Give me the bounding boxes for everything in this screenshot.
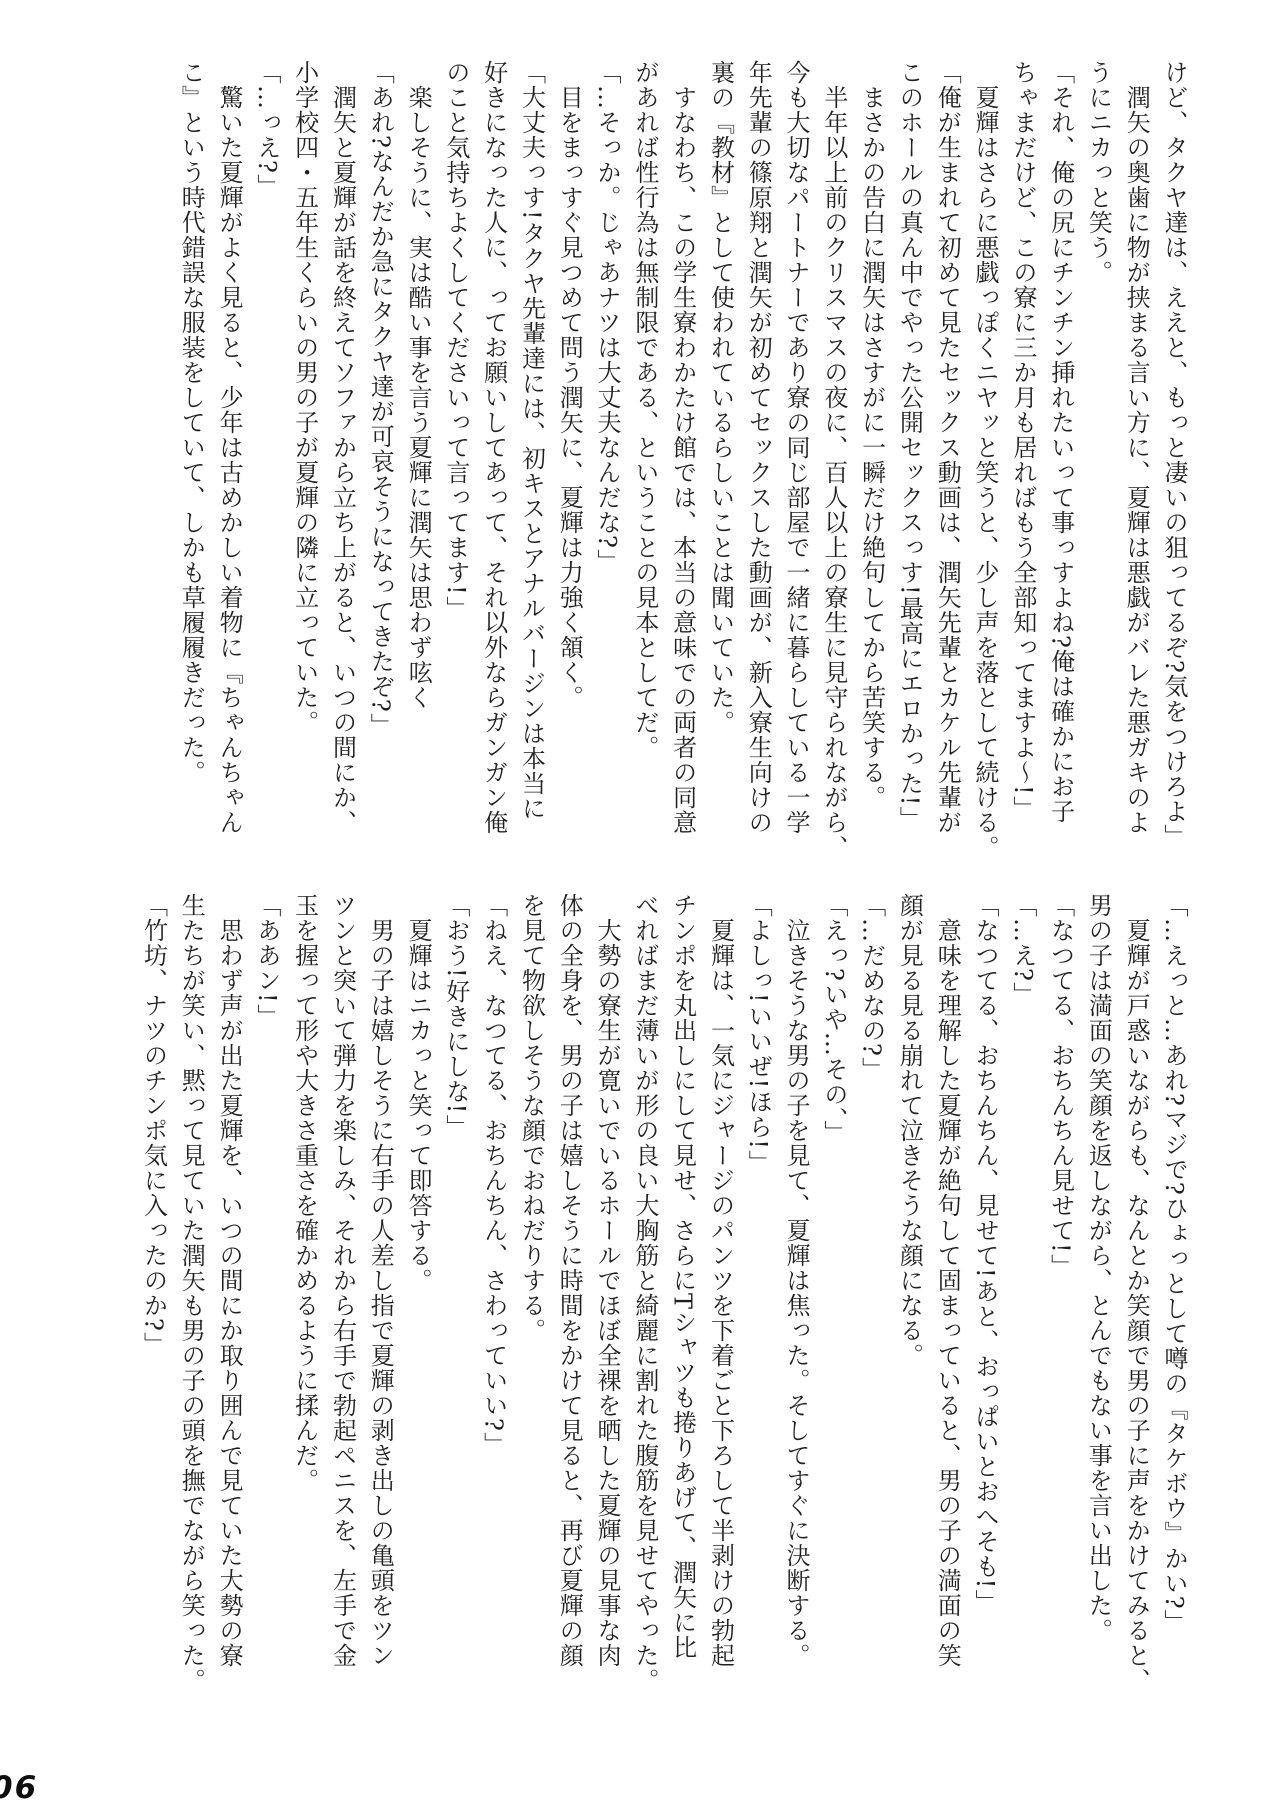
text-column: 「あれ?なんだか急にタクヤ達が可哀そうになってきたぞ?」 [360, 60, 398, 846]
vertical-text-block-top: けど、タクヤ達は、ええと、もっと凄いの狙ってるぞ?気をつけろよ」 潤矢の奥歯に物… [171, 60, 1192, 846]
text-column: 「ねえ、なつてる、おちんちん、さわっていい?」 [474, 893, 512, 1679]
text-column: こ』という時代錯誤な服装をしていて、しかも草履履きだった。 [171, 60, 209, 846]
text-column: 「俺が生まれて初めて見たセックス動画は、潤矢先輩とカケル先輩が [927, 60, 965, 846]
text-column: 年先輩の篠原翔と潤矢が初めてセックスした動画が、新入寮生向けの [738, 60, 776, 846]
text-column: 今も大切なパートナーであり寮の同じ部屋で一緒に暮らしている一学 [776, 60, 814, 846]
text-column: うにニカっと笑う。 [1079, 60, 1117, 846]
text-column: 「…そっか。じゃあナツは大丈夫なんだな?」 [587, 60, 625, 846]
text-column: 潤矢の奥歯に物が挟まる言い方に、夏輝は悪戯がバレた悪ガキのよ [1116, 60, 1154, 846]
text-column: 玉を握って形や大きさ重さを確かめるように揉んだ。 [285, 893, 323, 1679]
text-column: 生たちが笑い、黙って見ていた潤矢も男の子の頭を撫でながら笑った。 [171, 893, 209, 1679]
text-column: 男の子は嬉しそうに右手の人差し指で夏輝の剥き出しの亀頭をツン [360, 893, 398, 1679]
text-column: 「えっ?いや…その、」 [814, 893, 852, 1679]
text-column: ツンと突いて弾力を楽しみ、それから右手で勃起ペニスを、左手で金 [323, 893, 361, 1679]
text-column: べればまだ薄いが形の良い大胸筋と綺麗に割れた腹筋を見せてやった。 [625, 893, 663, 1679]
text-column: 楽しそうに、実は酷い事を言う夏輝に潤矢は思わず呟く [398, 60, 436, 846]
text-column: 体の全身を、男の子は嬉しそうに時間をかけて見ると、再び夏輝の顔 [549, 893, 587, 1679]
text-column: ちゃまだけど、この寮に三か月も居ればもう全部知ってますよ〜!」 [1003, 60, 1041, 846]
text-column: 驚いた夏輝がよく見ると、少年は古めかしい着物に『ちゃんちゃん [209, 60, 247, 846]
page-number: 06 [0, 1770, 38, 1806]
text-column: 夏輝はニカっと笑って即答する。 [398, 893, 436, 1679]
text-column: チンポを丸出しにして見せ、さらにTシャツも捲りあげて、潤矢に比 [663, 893, 701, 1679]
text-column: まさかの告白に潤矢はさすがに一瞬だけ絶句してから苦笑する。 [852, 60, 890, 846]
text-column: 「竹坊、ナツのチンポ気に入ったのか?」 [134, 893, 172, 1679]
scanned-novel-page: けど、タクヤ達は、ええと、もっと凄いの狙ってるぞ?気をつけろよ」 潤矢の奥歯に物… [0, 0, 1280, 1807]
text-column: 「大丈夫っす!タクヤ先輩達には、初キスとアナルバージンは本当に [512, 60, 550, 846]
text-column: 「それ、俺の尻にチンチン挿れたいって事っすよね?俺は確かにお子 [1041, 60, 1079, 846]
text-column: 「…っえ?」 [247, 60, 285, 846]
text-column: けど、タクヤ達は、ええと、もっと凄いの狙ってるぞ?気をつけろよ」 [1154, 60, 1192, 846]
text-column: 「なつてる、おちんちん、見せて!あと、おっぱいとおへそも!」 [965, 893, 1003, 1679]
text-column: のこと気持ちよくしてくださいって言ってます!」 [436, 60, 474, 846]
text-column: 男の子は満面の笑顔を返しながら、とんでもない事を言い出した。 [1079, 893, 1117, 1679]
text-column: 「なつてる、おちんちん見せて!」 [1041, 893, 1079, 1679]
text-column: 思わず声が出た夏輝を、いつの間にか取り囲んで見ていた大勢の寮 [209, 893, 247, 1679]
text-column: 大勢の寮生が寛いでいるホールでほぼ全裸を晒した夏輝の見事な肉 [587, 893, 625, 1679]
text-column: 泣きそうな男の子を見て、夏輝は焦った。そしてすぐに決断する。 [776, 893, 814, 1679]
text-column: 「おう!好きにしな!」 [436, 893, 474, 1679]
text-column: 半年以上前のクリスマスの夜に、百人以上の寮生に見守られながら、 [814, 60, 852, 846]
text-column: 好きになった人に、ってお願いしてあって、それ以外ならガンガン俺 [474, 60, 512, 846]
text-column: 「よしっ!いいぜ!ほら!」 [738, 893, 776, 1679]
text-column: 夏輝が戸惑いながらも、なんとか笑顔で男の子に声をかけてみると、 [1116, 893, 1154, 1679]
text-column: すなわち、この学生寮わかたけ館では、本当の意味での両者の同意 [663, 60, 701, 846]
text-column: 夏輝は、一気にジャージのパンツを下着ごと下ろして半剥けの勃起 [701, 893, 739, 1679]
text-column: 意味を理解した夏輝が絶句して固まっていると、男の子の満面の笑 [927, 893, 965, 1679]
text-column: 裏の『教材』として使われているらしいことは聞いていた。 [701, 60, 739, 846]
text-column: 潤矢と夏輝が話を終えてソファから立ち上がると、いつの間にか、 [323, 60, 361, 846]
text-column: 目をまっすぐ見つめて問う潤矢に、夏輝は力強く頷く。 [549, 60, 587, 846]
text-column: 「ああン!」 [247, 893, 285, 1679]
text-column: 「…だめなの?」 [852, 893, 890, 1679]
text-column: 夏輝はさらに悪戯っぽくニヤッと笑うと、少し声を落として続ける。 [965, 60, 1003, 846]
text-column: このホールの真ん中でやった公開セックスっす!最高にエロかった!」 [890, 60, 928, 846]
text-column: 顔が見る見る崩れて泣きそうな顔になる。 [890, 893, 928, 1679]
text-column: 「…えっと…あれ?マジで?ひょっとして噂の『タケボウ』かい?」 [1154, 893, 1192, 1679]
text-column: 「…え?」 [1003, 893, 1041, 1679]
text-column: 小学校四・五年生くらいの男の子が夏輝の隣に立っていた。 [285, 60, 323, 846]
vertical-text-block-bottom: 「…えっと…あれ?マジで?ひょっとして噂の『タケボウ』かい?」 夏輝が戸惑いなが… [134, 893, 1192, 1679]
text-column: があれば性行為は無制限である、ということの見本としてだ。 [625, 60, 663, 846]
text-column: を見て物欲しそうな顔でおねだりする。 [512, 893, 550, 1679]
